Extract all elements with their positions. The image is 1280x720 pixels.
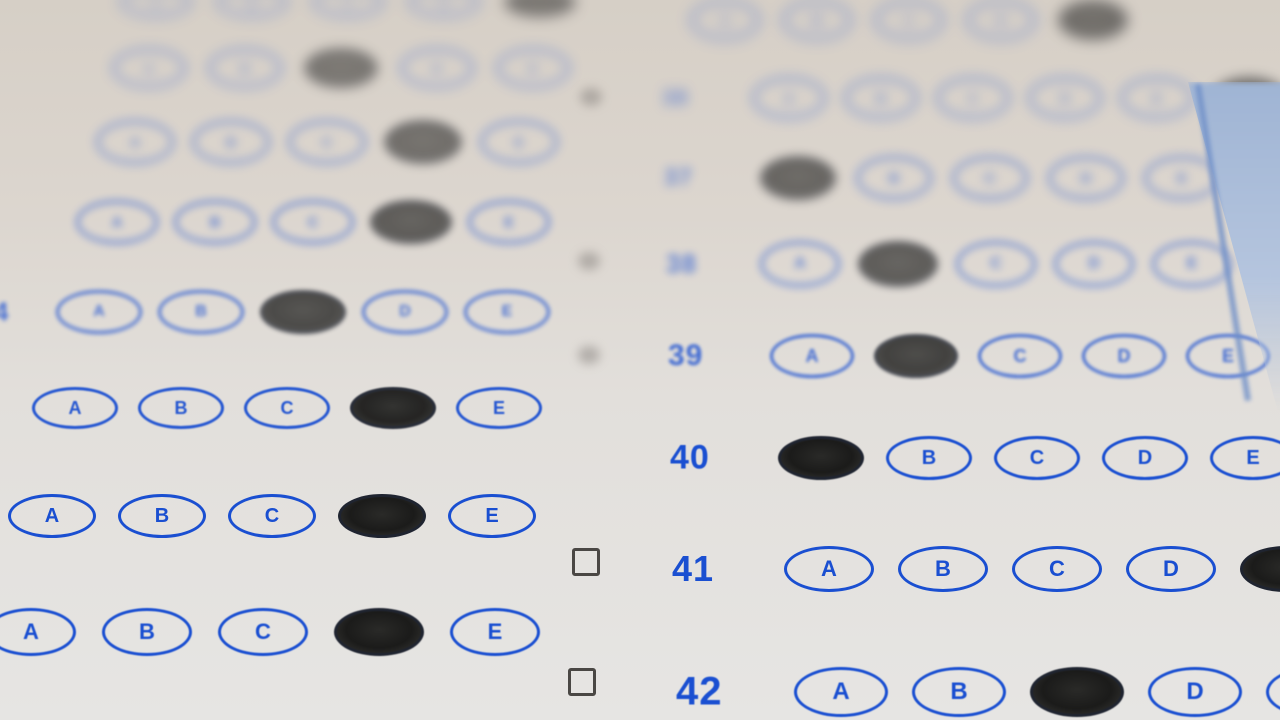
question-number: 41 (672, 548, 714, 590)
right-question-row: 37ABCDE (0, 148, 1280, 208)
answer-bubble-d[interactable]: D (338, 494, 426, 538)
answer-bubble-a[interactable]: A (32, 387, 118, 429)
answer-bubble-d[interactable]: D (350, 387, 436, 429)
answer-bubble-c[interactable]: C (978, 334, 1062, 378)
answer-bubble-b[interactable]: B (782, 0, 852, 40)
answer-bubble-a[interactable]: A (784, 546, 874, 592)
right-question-row: 42ABCDE (0, 662, 1280, 720)
answer-bubble-c[interactable]: C (994, 436, 1080, 480)
answer-bubble-b[interactable]: B (844, 77, 918, 119)
answer-bubble-c[interactable]: C (952, 156, 1028, 200)
answer-bubble-e[interactable]: E (450, 608, 540, 656)
right-question-row: 38ABCDEF (0, 68, 1280, 128)
answer-bubble-b[interactable]: B (874, 334, 958, 378)
answer-bubble-c[interactable]: C (228, 494, 316, 538)
question-number: 4 (0, 297, 9, 328)
blurred-timing-mark (580, 88, 602, 106)
answer-bubble-a[interactable]: A (794, 667, 888, 717)
left-question-row: ABCDE (0, 602, 1280, 662)
question-number: 40 (670, 439, 710, 478)
blurred-timing-mark (578, 252, 600, 270)
answer-bubble-a[interactable]: A (760, 241, 840, 287)
answer-bubble-c[interactable]: C (874, 0, 944, 40)
question-number: 39 (668, 339, 703, 373)
answer-bubble-d[interactable]: D (1082, 334, 1166, 378)
blurred-timing-mark (578, 346, 600, 364)
right-question-row: 38ABCDE (0, 234, 1280, 294)
answer-bubble-b[interactable]: B (886, 436, 972, 480)
answer-bubble-d[interactable]: D (1148, 667, 1242, 717)
answer-bubble-b[interactable]: B (138, 387, 224, 429)
answer-bubble-a[interactable]: A (752, 77, 826, 119)
answer-bubble-a[interactable]: A (778, 436, 864, 480)
answer-bubble-c[interactable]: C (244, 387, 330, 429)
answer-bubble-a[interactable]: A (760, 156, 836, 200)
answer-bubble-c[interactable]: C (936, 77, 1010, 119)
answer-bubble-d[interactable]: D (1102, 436, 1188, 480)
right-question-row: 40ABCDE (0, 428, 1280, 488)
answer-bubble-e[interactable]: E (1186, 334, 1270, 378)
question-number: 38 (662, 85, 688, 111)
answer-bubble-d[interactable]: D (966, 0, 1036, 40)
right-question-row: ABCDE (0, 0, 1280, 50)
answer-bubble-a[interactable]: A (770, 334, 854, 378)
answer-bubble-b[interactable]: B (102, 608, 192, 656)
question-number: 42 (676, 670, 723, 715)
answer-bubble-d[interactable]: D (334, 608, 424, 656)
answer-bubble-d[interactable]: D (1028, 77, 1102, 119)
right-question-row: 39ABCDE (0, 326, 1280, 386)
timing-mark (572, 548, 600, 576)
answer-bubble-e[interactable]: E (1210, 436, 1280, 480)
answer-bubble-b[interactable]: B (858, 241, 938, 287)
question-number: 37 (664, 164, 693, 192)
answer-bubble-d[interactable]: D (1126, 546, 1216, 592)
answer-bubble-a[interactable]: A (690, 0, 760, 40)
answer-bubble-b[interactable]: B (898, 546, 988, 592)
answer-bubble-e[interactable]: E (1120, 77, 1194, 119)
answer-bubble-d[interactable]: D (1048, 156, 1124, 200)
answer-bubble-e[interactable]: E (1058, 0, 1128, 40)
answer-bubble-b[interactable]: B (118, 494, 206, 538)
left-question-row: ABCDE (0, 486, 1280, 546)
answer-bubble-c[interactable]: C (1030, 667, 1124, 717)
answer-bubble-a[interactable]: A (0, 608, 76, 656)
answer-bubble-c[interactable]: C (1012, 546, 1102, 592)
answer-bubble-e[interactable]: E (1266, 667, 1280, 717)
right-question-row: 41ABCDE (0, 539, 1280, 599)
answer-bubble-c[interactable]: C (218, 608, 308, 656)
answer-bubble-c[interactable]: C (956, 241, 1036, 287)
answer-bubble-e[interactable]: E (448, 494, 536, 538)
answer-bubble-e[interactable]: E (1240, 546, 1280, 592)
answer-bubble-b[interactable]: B (912, 667, 1006, 717)
answer-bubble-b[interactable]: B (856, 156, 932, 200)
answer-bubble-e[interactable]: E (456, 387, 542, 429)
answer-sheet: ABCDEABCDEABCDEABCDE4ABCDEABCDEABCDEABCD… (0, 0, 1280, 720)
timing-mark (568, 668, 596, 696)
answer-bubble-d[interactable]: D (1054, 241, 1134, 287)
question-number: 38 (666, 249, 697, 280)
answer-bubble-a[interactable]: A (8, 494, 96, 538)
